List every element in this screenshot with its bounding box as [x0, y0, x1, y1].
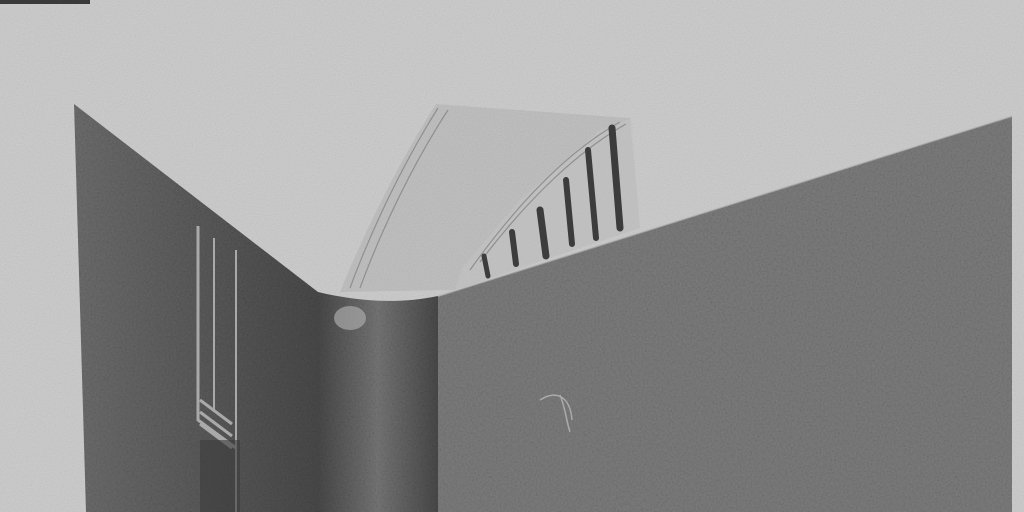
spine-highlight: [334, 306, 366, 330]
book-photo: [0, 0, 1024, 512]
top-dark-strip: [0, 0, 90, 4]
left-cover-shadow: [200, 440, 240, 512]
spine: [318, 292, 438, 512]
